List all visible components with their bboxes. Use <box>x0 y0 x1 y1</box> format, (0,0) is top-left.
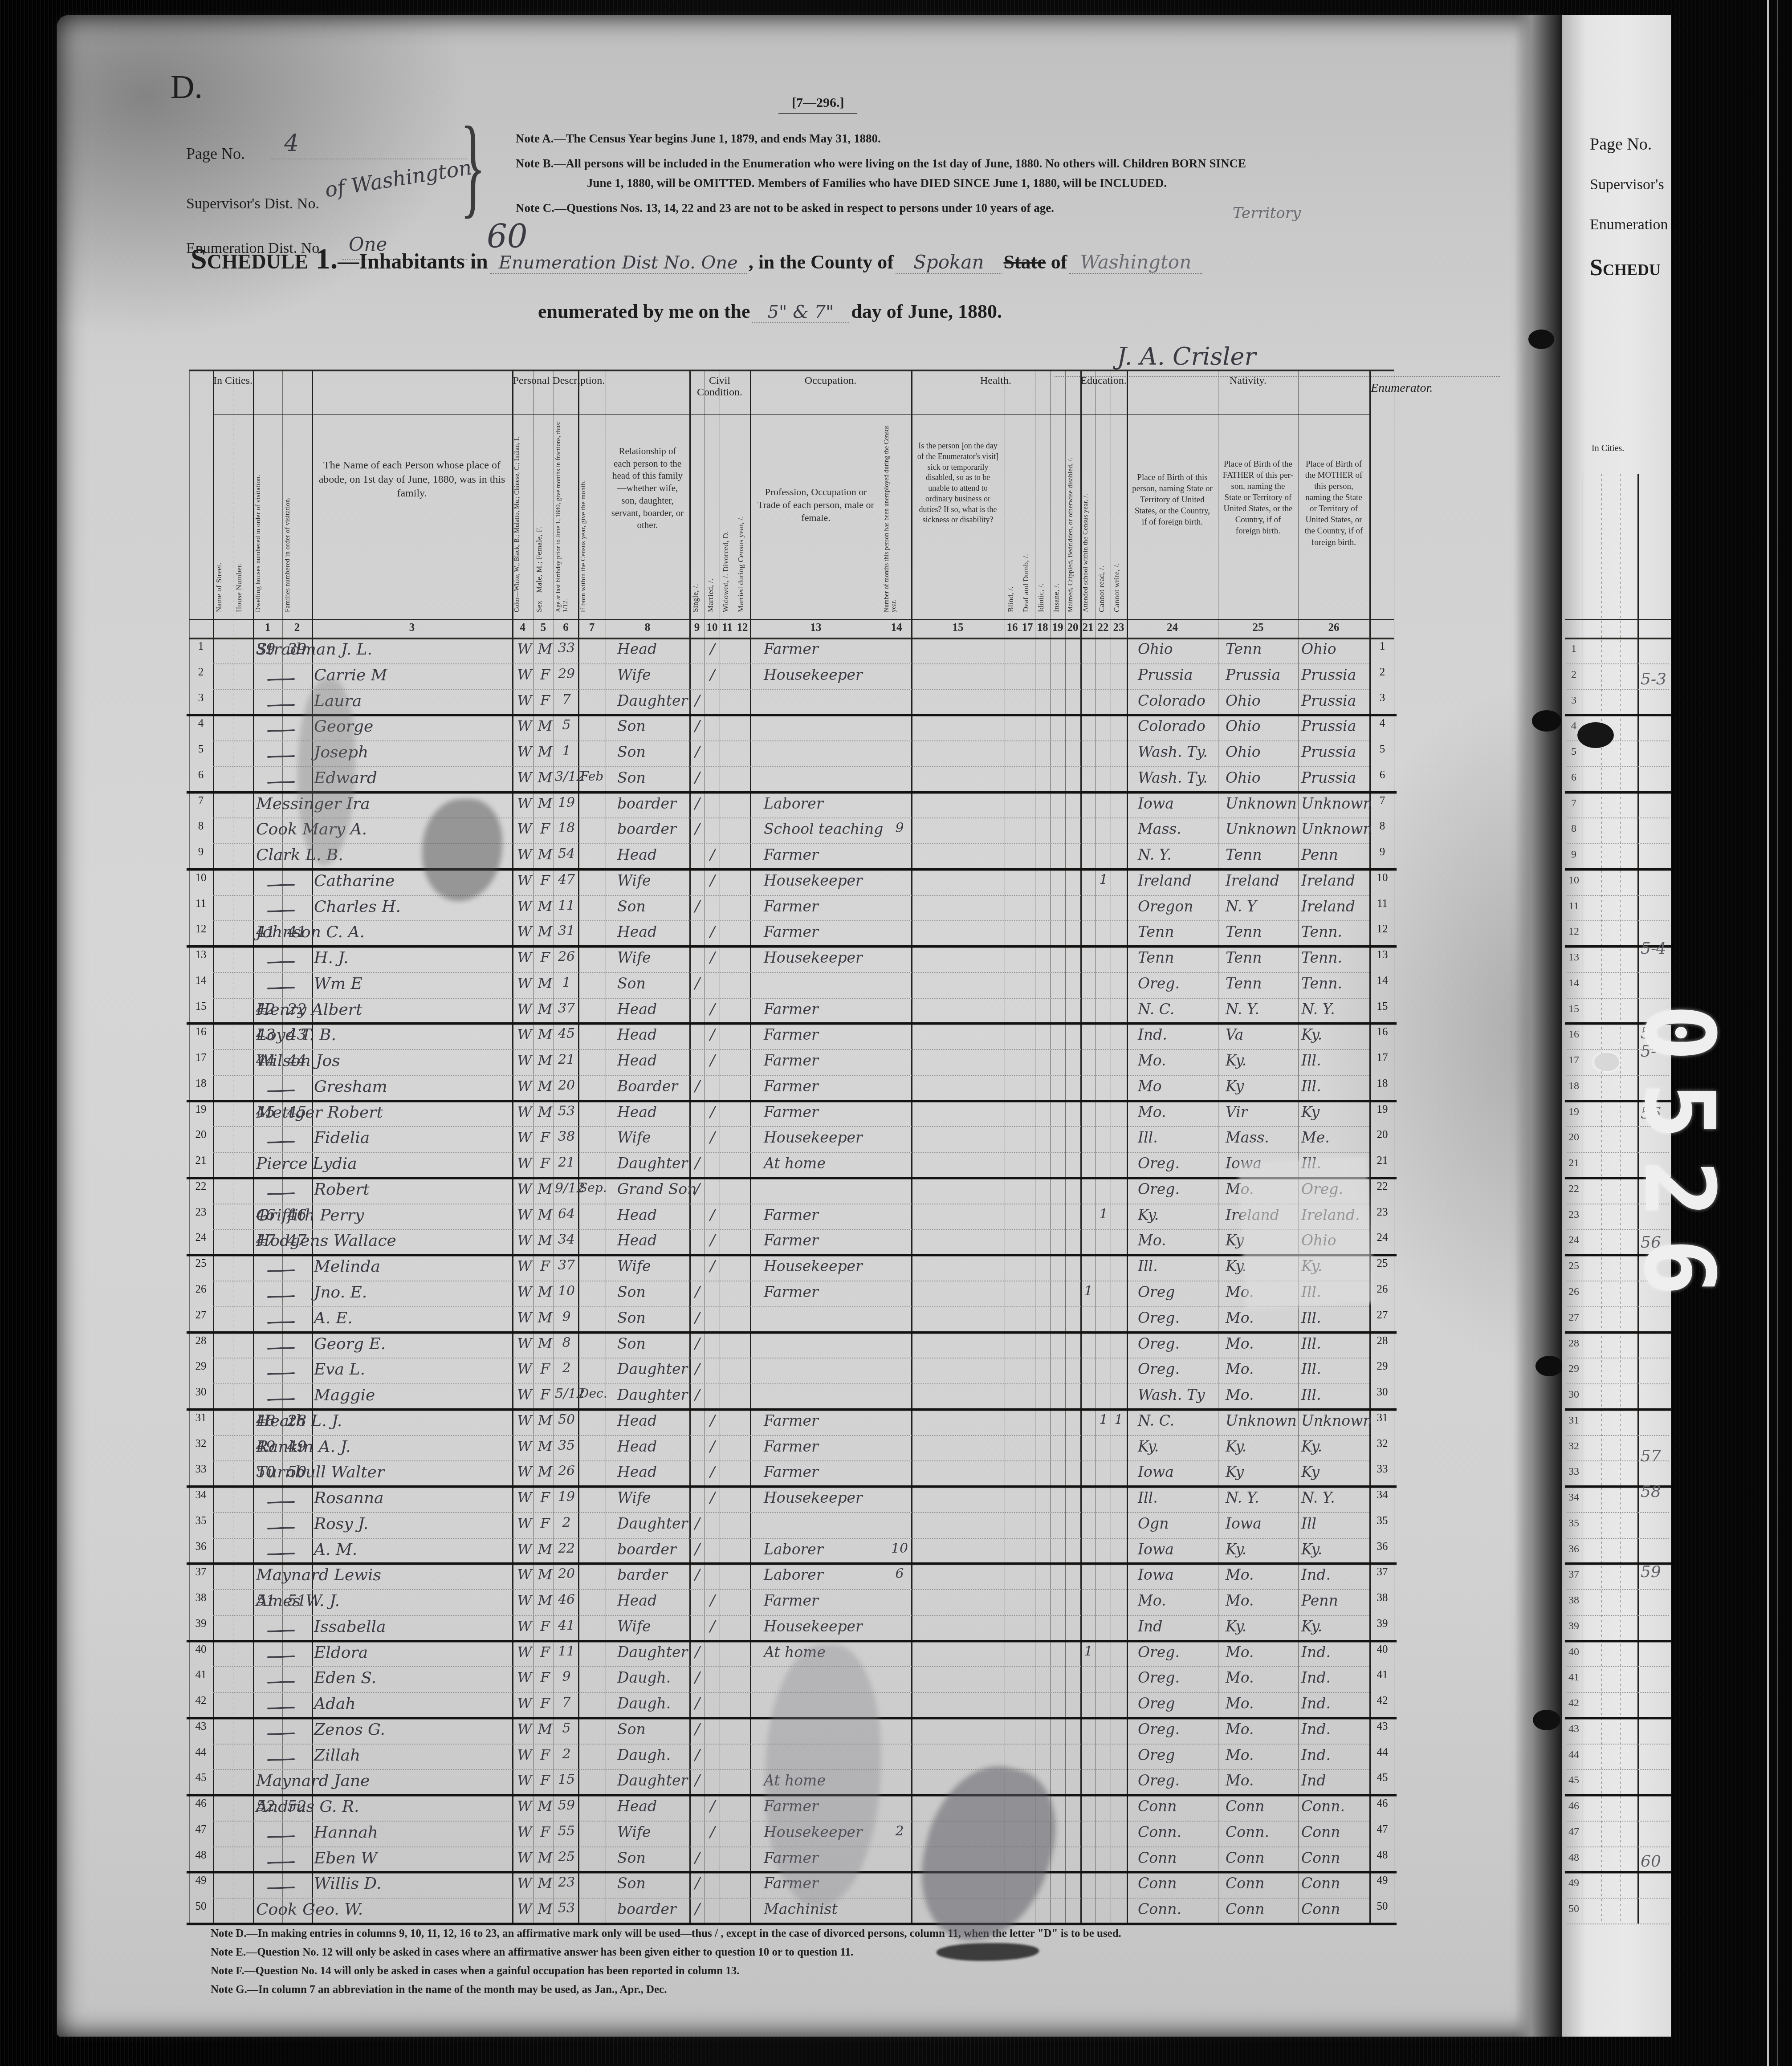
color-value: W <box>516 1335 534 1352</box>
sex-value: F <box>536 1155 554 1171</box>
sex-value: M <box>536 1180 554 1197</box>
col-header-c8: Relationship of each person to the head … <box>610 445 685 532</box>
age-value: 53 <box>555 1103 578 1119</box>
ditto-dash <box>267 1527 295 1529</box>
side-row-number: 36 <box>1564 1543 1584 1555</box>
ditto-dash <box>267 1321 295 1324</box>
row-number-right: 15 <box>1371 1000 1394 1013</box>
relationship-value: Head <box>617 1232 657 1249</box>
side-dotted-line <box>1567 1512 1669 1513</box>
row-number-right: 26 <box>1371 1283 1394 1296</box>
color-value: W <box>516 1566 534 1583</box>
person-name: H. J. <box>314 949 348 967</box>
months-unemployed-value: 2 <box>888 1823 911 1839</box>
row-number-left: 9 <box>189 846 212 858</box>
row-number-right: 11 <box>1371 898 1394 910</box>
married-mark: / <box>706 1823 719 1841</box>
birthplace-mother: Ky. <box>1301 1438 1322 1455</box>
age-value: 11 <box>555 898 578 913</box>
table-row: 20FideliaWF38Wife/HousekeeperIll.Mass.Me… <box>57 1126 1394 1152</box>
row-number-right: 3 <box>1371 692 1394 704</box>
relationship-value: Daugh. <box>617 1746 671 1764</box>
col-header-c26: Place of Birth of the MOTHER of this per… <box>1303 459 1365 548</box>
single-mark: / <box>691 820 704 838</box>
row-number-left: 2 <box>189 666 212 679</box>
ditto-dash <box>267 704 295 706</box>
birthplace-mother: Ind. <box>1301 1720 1331 1738</box>
row-number-left: 30 <box>189 1386 212 1399</box>
table-row: 26Jno. E.WM10Son/Farmer1OregMo.Ill.26 <box>57 1281 1394 1306</box>
sex-value: M <box>536 898 554 915</box>
table-row: 164343Loyd T. B.WM45Head/FarmerInd.VaKy.… <box>57 1023 1394 1049</box>
age-value: 37 <box>555 1000 578 1016</box>
age-value: 34 <box>555 1232 578 1247</box>
relationship-value: Wife <box>617 1129 651 1146</box>
ditto-dash <box>267 781 295 784</box>
row-number-left: 32 <box>189 1438 212 1450</box>
color-value: W <box>516 1026 534 1043</box>
row-number-right: 37 <box>1371 1566 1394 1578</box>
birthplace-person: Prussia <box>1138 666 1193 683</box>
table-row: 194545Mettger RobertWM53Head/FarmerMo.Vi… <box>57 1101 1394 1127</box>
row-number-left: 3 <box>189 692 212 704</box>
row-number-left: 15 <box>189 1000 212 1013</box>
row-number-right: 14 <box>1371 975 1394 987</box>
person-name: Rosy J. <box>314 1515 368 1533</box>
group-underline <box>213 414 1369 415</box>
row-number-right: 21 <box>1371 1155 1394 1167</box>
relationship-value: Son <box>617 743 646 761</box>
side-row-number: 28 <box>1564 1338 1584 1350</box>
birthplace-person: Conn <box>1138 1849 1177 1867</box>
color-value: W <box>516 1232 534 1249</box>
age-value: 11 <box>555 1643 578 1659</box>
person-name: Mettger Robert <box>256 1103 383 1122</box>
film-edge-line <box>1767 0 1769 2066</box>
col-header-c15: Is the person [on the day of the Enumera… <box>916 441 1000 525</box>
ditto-dash <box>267 1553 295 1555</box>
birthplace-father: Ky. <box>1226 1541 1246 1558</box>
side-dotted-line <box>1567 1666 1669 1667</box>
color-value: W <box>516 1875 534 1891</box>
side-row-number: 16 <box>1564 1029 1584 1041</box>
birthplace-mother: Prussia <box>1301 769 1356 786</box>
occupation-value: Housekeeper <box>764 872 863 889</box>
birthplace-father: Conn <box>1226 1798 1265 1815</box>
row-number-right: 18 <box>1371 1078 1394 1090</box>
sex-value: F <box>536 1746 554 1763</box>
birthplace-father: N. Y <box>1226 898 1257 915</box>
sex-value: M <box>536 1592 554 1609</box>
row-number-left: 6 <box>189 769 212 781</box>
age-value: 22 <box>555 1541 578 1556</box>
table-row: 244747Hodgens WallaceWM34Head/FarmerMo.K… <box>57 1229 1394 1255</box>
single-mark: / <box>691 1875 704 1892</box>
birthplace-mother: Ind. <box>1301 1566 1331 1583</box>
side-row-number: 40 <box>1564 1646 1584 1658</box>
row-number-left: 1 <box>189 640 212 653</box>
col-number: 25 <box>1218 622 1298 634</box>
single-mark: / <box>691 1078 704 1095</box>
sex-value: M <box>536 1078 554 1094</box>
birthplace-person: Wash. Ty. <box>1138 743 1208 761</box>
sex-value: F <box>536 1669 554 1686</box>
age-value: 7 <box>555 692 578 708</box>
single-mark: / <box>691 1283 704 1301</box>
person-name: Zillah <box>314 1746 360 1765</box>
table-row: 41Eden S.WF9Daugh./Oreg.Mo.Ind.41 <box>57 1666 1394 1692</box>
relationship-value: Wife <box>617 1257 651 1275</box>
color-value: W <box>516 1489 534 1506</box>
age-value: 45 <box>555 1026 578 1041</box>
age-value: 29 <box>555 666 578 682</box>
occupation-value: Farmer <box>764 1000 819 1018</box>
column-group-label: In Cities. <box>213 375 253 386</box>
row-number-right: 8 <box>1371 820 1394 833</box>
side-row-number: 18 <box>1564 1080 1584 1092</box>
birthplace-father: N. Y. <box>1226 1489 1259 1506</box>
table-row: 28Georg E.WM8Son/Oreg.Mo.Ill.28 <box>57 1332 1394 1358</box>
birthplace-father: Unknown <box>1226 820 1297 838</box>
age-value: 26 <box>555 949 578 964</box>
col-number: 19 <box>1050 622 1065 634</box>
birthplace-father: Ohio <box>1226 692 1261 709</box>
color-value: W <box>516 666 534 683</box>
single-mark: / <box>691 1900 704 1918</box>
age-value: 37 <box>555 1257 578 1273</box>
married-mark: / <box>706 1129 719 1147</box>
ditto-dash <box>267 987 295 989</box>
birthplace-person: Oreg <box>1138 1695 1175 1712</box>
birthplace-person: Ind. <box>1138 1026 1167 1043</box>
age-value: 55 <box>555 1823 578 1839</box>
birthplace-person: Iowa <box>1138 795 1174 812</box>
birthplace-person: Mass. <box>1138 820 1181 838</box>
birthplace-father: Conn <box>1226 1900 1265 1918</box>
birthplace-mother: Ill. <box>1301 1052 1321 1069</box>
col-header-c3: The Name of each Person whose place of a… <box>316 459 508 501</box>
birthplace-father: Ohio <box>1226 743 1261 761</box>
side-row-number: 5 <box>1564 746 1584 758</box>
side-row-number: 24 <box>1564 1234 1584 1246</box>
side-dotted-line <box>1567 1538 1669 1539</box>
side-dotted-line <box>1567 1589 1669 1590</box>
row-number-left: 40 <box>189 1643 212 1656</box>
side-heavy-line <box>1565 714 1671 716</box>
row-number-left: 5 <box>189 743 212 756</box>
person-name: Maynard Lewis <box>256 1566 381 1584</box>
sex-value: M <box>536 846 554 863</box>
married-mark: / <box>706 666 719 684</box>
row-number-right: 6 <box>1371 769 1394 781</box>
sex-value: F <box>536 1772 554 1789</box>
age-value: 2 <box>555 1360 578 1376</box>
single-mark: / <box>691 1155 704 1172</box>
birthplace-person: Mo. <box>1138 1232 1166 1249</box>
row-number-right: 7 <box>1371 795 1394 807</box>
relationship-value: Son <box>617 1875 646 1892</box>
relationship-value: Head <box>617 1000 657 1018</box>
col-header-c7: If born within the Census year, give the… <box>580 421 604 612</box>
married-mark: / <box>706 1206 719 1224</box>
birthplace-person: Wash. Ty. <box>1138 769 1208 786</box>
birthplace-father: Mo. <box>1226 1335 1254 1352</box>
row-number-right: 43 <box>1371 1720 1394 1733</box>
side-dotted-line <box>1567 1692 1669 1693</box>
sex-value: F <box>536 1489 554 1506</box>
footnote: Note D.—In making entries in columns 9, … <box>211 1928 1529 1940</box>
relationship-value: Wife <box>617 1618 651 1635</box>
person-name: Eben W <box>314 1849 377 1867</box>
row-number-right: 33 <box>1371 1463 1394 1476</box>
footnotes: Note D.—In making entries in columns 9, … <box>211 1928 1529 2002</box>
side-dotted-line <box>1567 1744 1669 1745</box>
row-number-right: 50 <box>1371 1900 1394 1913</box>
birthplace-father: Unknown <box>1226 795 1297 812</box>
birthplace-father: Mo. <box>1226 1386 1254 1403</box>
row-number-right: 39 <box>1371 1618 1394 1630</box>
person-name: Adah <box>314 1695 356 1713</box>
married-mark: / <box>706 1489 719 1507</box>
microfilm-scan: D. [7—296.] Page No. 4 Supervisor's Dist… <box>0 0 1792 2066</box>
side-row-number: 44 <box>1564 1749 1584 1761</box>
occupation-value: Farmer <box>764 846 819 863</box>
row-number-left: 18 <box>189 1078 212 1090</box>
sex-value: M <box>536 1720 554 1737</box>
cannot-read-mark: 1 <box>1097 1412 1110 1427</box>
side-row-number: 15 <box>1564 1003 1584 1015</box>
side-dotted-line <box>1567 1615 1669 1616</box>
single-mark: / <box>691 1566 704 1584</box>
sex-value: M <box>536 717 554 734</box>
relationship-value: Head <box>617 1463 657 1480</box>
occupation-value: Farmer <box>764 923 819 940</box>
birthplace-father: Conn. <box>1226 1823 1269 1841</box>
relationship-value: Head <box>617 1412 657 1429</box>
row-number-left: 24 <box>189 1232 212 1244</box>
side-dotted-line <box>1567 895 1669 896</box>
person-name: Turnbull Walter <box>256 1463 384 1481</box>
col-header-c12: Married during Census year, /. <box>737 421 748 612</box>
ditto-dash <box>267 1141 295 1143</box>
side-row-number: 26 <box>1564 1286 1584 1298</box>
age-value: 35 <box>555 1438 578 1453</box>
relationship-value: Head <box>617 1798 657 1815</box>
side-row-number: 7 <box>1564 797 1584 809</box>
married-mark: / <box>706 846 719 864</box>
relationship-value: Daugh. <box>617 1669 671 1686</box>
col-header-c24: Place of Birth of this person, naming St… <box>1131 472 1214 528</box>
row-number-left: 21 <box>189 1155 212 1167</box>
ditto-dash <box>267 1655 295 1658</box>
birthplace-father: Ohio <box>1226 717 1261 735</box>
punch-hole <box>1577 722 1614 748</box>
color-value: W <box>516 1541 534 1558</box>
birthplace-mother: Ill. <box>1301 1078 1321 1095</box>
side-row-number: 45 <box>1564 1774 1584 1786</box>
relationship-value: Head <box>617 640 657 658</box>
occupation-value: Farmer <box>764 1463 819 1480</box>
column-group-label: Occupation. <box>750 375 911 386</box>
person-name: Heath L. J. <box>256 1412 342 1430</box>
col-number: 26 <box>1298 622 1369 634</box>
birthplace-person: Colorado <box>1138 692 1206 709</box>
ditto-dash <box>267 1269 295 1272</box>
person-name: Griffith Perry <box>256 1206 364 1224</box>
footnote: Note E.—Question No. 12 will only be ask… <box>211 1946 1529 1959</box>
single-mark: / <box>691 743 704 761</box>
single-mark: / <box>691 1515 704 1533</box>
person-name: Johnson C. A. <box>256 923 365 941</box>
row-number-left: 34 <box>189 1489 212 1501</box>
row-number-right: 32 <box>1371 1438 1394 1450</box>
birthplace-person: Conn <box>1138 1875 1177 1892</box>
color-value: W <box>516 1129 534 1146</box>
birthplace-person: Oreg. <box>1138 1335 1180 1352</box>
age-value: 5/12 <box>555 1386 578 1402</box>
col-number: 11 <box>720 622 735 634</box>
birthplace-father: Tenn <box>1226 640 1262 658</box>
person-name: Ames W. J. <box>256 1592 340 1610</box>
col-number: 20 <box>1065 622 1080 634</box>
sex-value: M <box>536 1438 554 1455</box>
punch-hole-light <box>1594 1053 1619 1071</box>
birthplace-mother: Ill. <box>1301 1335 1321 1352</box>
row-number-left: 28 <box>189 1335 212 1347</box>
color-value: W <box>516 1592 534 1609</box>
ditto-dash <box>267 1501 295 1504</box>
birthplace-father: Unknown <box>1226 1412 1297 1429</box>
sex-value: M <box>536 1798 554 1814</box>
row-number-right: 12 <box>1371 923 1394 935</box>
col-number: 10 <box>705 622 720 634</box>
occupation-value: Housekeeper <box>764 949 863 966</box>
single-mark: / <box>691 1386 704 1404</box>
person-name: Stradman J. L. <box>256 640 372 659</box>
birthplace-mother: Prussia <box>1301 717 1356 735</box>
birthplace-person: Tenn <box>1138 949 1174 966</box>
ditto-dash <box>267 1295 295 1298</box>
occupation-value: Laborer <box>764 795 823 812</box>
birthplace-mother: Ky <box>1301 1463 1320 1480</box>
table-row: 7Messinger IraWM19boarder/LaborerIowaUnk… <box>57 792 1394 818</box>
table-row: 5JosephWM1Son/Wash. Ty.OhioPrussia5 <box>57 740 1394 766</box>
ditto-dash <box>267 1733 295 1735</box>
row-number-right: 31 <box>1371 1412 1394 1424</box>
side-dotted-line <box>1567 1924 1669 1924</box>
side-dotted-line <box>1567 689 1669 690</box>
person-name: Zenos G. <box>314 1720 385 1739</box>
relationship-value: Daughter <box>617 1515 688 1532</box>
side-row-number: 29 <box>1564 1363 1584 1375</box>
color-value: W <box>516 1078 534 1094</box>
row-number-left: 23 <box>189 1206 212 1219</box>
birthplace-mother: Prussia <box>1301 692 1356 709</box>
table-row: 44ZillahWF2Daugh./OregMo.Ind.44 <box>57 1744 1394 1769</box>
sex-value: M <box>536 1335 554 1352</box>
person-name: Rankin A. J. <box>256 1438 351 1456</box>
side-scribble: 60 <box>1641 1852 1661 1871</box>
sex-value: F <box>536 1257 554 1274</box>
side-row-number: 6 <box>1564 772 1584 784</box>
footnote: Note G.—In column 7 an abbreviation in t… <box>211 1984 1529 1996</box>
birthplace-father: Tenn <box>1226 949 1262 966</box>
months-unemployed-value: 9 <box>888 820 911 836</box>
color-value: W <box>516 1206 534 1223</box>
birthplace-mother: Prussia <box>1301 666 1356 683</box>
color-value: W <box>516 820 534 837</box>
occupation-value: Farmer <box>764 1592 819 1609</box>
birthplace-mother: Ireland <box>1301 898 1355 915</box>
birthplace-person: N. C. <box>1138 1000 1174 1018</box>
age-value: 3/12 <box>555 769 578 785</box>
row-number-right: 27 <box>1371 1309 1394 1322</box>
age-value: 9/12 <box>555 1180 578 1196</box>
age-value: 59 <box>555 1798 578 1813</box>
birthplace-person: N. C. <box>1138 1412 1174 1429</box>
col-header-street: Name of Street. <box>215 421 231 612</box>
sex-value: F <box>536 1618 554 1635</box>
ditto-dash <box>267 1835 295 1838</box>
person-name: Georg E. <box>314 1335 386 1353</box>
ditto-dash <box>267 910 295 912</box>
sex-value: M <box>536 1283 554 1300</box>
sex-value: M <box>536 1309 554 1326</box>
col-header-c4: Color—White, W.; Black, B.; Mulatto, Mu.… <box>514 421 531 612</box>
birthplace-person: Ky. <box>1138 1206 1159 1224</box>
side-row-number: 2 <box>1564 669 1584 681</box>
col-header-c2: Families numbered in order of visitation… <box>284 421 310 612</box>
side-dotted-line <box>1567 663 1669 664</box>
row-number-right: 44 <box>1371 1746 1394 1759</box>
row-number-left: 50 <box>189 1900 212 1913</box>
occupation-value: Farmer <box>764 1412 819 1429</box>
birthplace-father: Mo. <box>1226 1695 1254 1712</box>
side-row-number: 14 <box>1564 977 1584 989</box>
row-number-right: 2 <box>1371 666 1394 679</box>
side-heavy-line <box>1565 1717 1671 1719</box>
color-value: W <box>516 846 534 863</box>
single-mark: / <box>691 975 704 992</box>
row-number-right: 49 <box>1371 1875 1394 1887</box>
birthplace-person: Iowa <box>1138 1463 1174 1480</box>
table-row: 25MelindaWF37Wife/HousekeeperIll.Ky.Ky.2… <box>57 1255 1394 1281</box>
ditto-dash <box>267 729 295 732</box>
column-group-label: Nativity. <box>1127 375 1369 386</box>
table-row: 49Willis D.WM23Son/FarmerConnConnConn49 <box>57 1872 1394 1898</box>
col-number: 13 <box>750 622 882 634</box>
side-row-number: 33 <box>1564 1466 1584 1478</box>
married-mark: / <box>706 1618 719 1635</box>
birthplace-father: Mass. <box>1226 1129 1269 1146</box>
row-number-left: 44 <box>189 1746 212 1759</box>
row-number-left: 37 <box>189 1566 212 1578</box>
side-row-number: 41 <box>1564 1672 1584 1684</box>
ditto-dash <box>267 1861 295 1864</box>
birthplace-person: Iowa <box>1138 1566 1174 1583</box>
relationship-value: Daughter <box>617 1386 688 1403</box>
col-header-c19: Insane, /. <box>1052 421 1063 612</box>
col-number: 2 <box>282 622 312 634</box>
side-heavy-line <box>1565 1640 1671 1642</box>
row-number-right: 5 <box>1371 743 1394 756</box>
row-number-right: 45 <box>1371 1772 1394 1784</box>
birthplace-mother: Ind. <box>1301 1643 1331 1661</box>
person-name: Wilson Jos <box>256 1052 340 1070</box>
birthplace-father: N. Y. <box>1226 1000 1259 1018</box>
birthplace-father: Ky. <box>1226 1618 1246 1635</box>
side-row-number: 9 <box>1564 849 1584 861</box>
